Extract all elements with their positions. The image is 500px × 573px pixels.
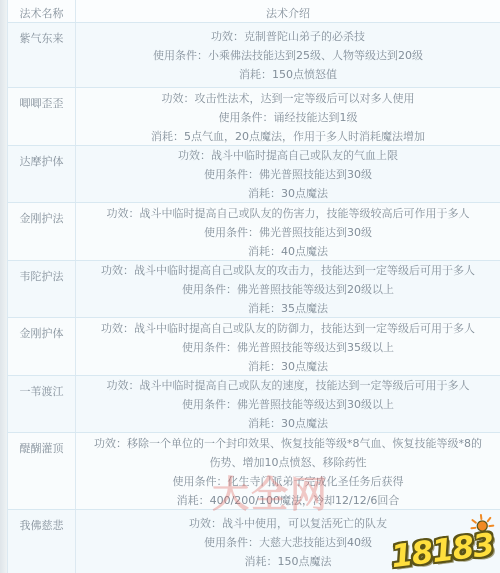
header-skill-desc: 法术介绍 — [76, 0, 500, 22]
desc-line: 功效：移除一个单位的一个封印效果、恢复技能等级*8气血、恢复技能等级*8的伤势、… — [90, 434, 486, 472]
sun-icon — [468, 510, 497, 541]
table-body: 紫气东来 功效：克制普陀山弟子的必杀技使用条件：小乘佛法技能达到25级、人物等级… — [8, 23, 500, 573]
desc-line: 消耗：40点魔法 — [90, 242, 486, 261]
skill-desc: 功效：战斗中临时提高自己或队友的气血上限使用条件：佛光普照技能达到30级消耗：3… — [76, 146, 500, 202]
desc-line: 消耗：30点魔法 — [90, 357, 486, 376]
table-row: 唧唧歪歪 功效：攻击性法术，达到一定等级后可以对多人使用使用条件：诵经技能达到1… — [8, 88, 500, 146]
desc-line: 功效：战斗中使用，可以复活死亡的队友 — [90, 514, 486, 533]
table-row: 一苇渡江 功效：战斗中临时提高自己或队友的速度，技能达到一定等级后可用于多人使用… — [8, 376, 500, 433]
skill-desc: 功效：战斗中临时提高自己或队友的伤害力，技能等级较高后可作用于多人使用条件：佛光… — [76, 203, 500, 260]
desc-line: 使用条件：佛光普照技能达到30级 — [90, 223, 486, 242]
skill-name: 唧唧歪歪 — [8, 88, 76, 145]
header-skill-name: 法术名称 — [8, 0, 76, 22]
skill-name: 我佛慈悲 — [8, 510, 76, 573]
desc-line: 功效：战斗中临时提高自己或队友的气血上限 — [90, 146, 486, 165]
skill-name: 韦陀护法 — [8, 261, 76, 317]
skill-name: 紫气东来 — [8, 23, 76, 87]
table-header-row: 法术名称 法术介绍 — [8, 0, 500, 23]
desc-line: 功效：战斗中临时提高自己或队友的防御力，技能达到一定等级后可用于多人 — [90, 319, 486, 338]
skill-name: 一苇渡江 — [8, 376, 76, 432]
desc-line: 消耗：400/200/100魔法，冷却12/12/6回合 — [90, 491, 486, 510]
skill-desc: 功效：攻击性法术，达到一定等级后可以对多人使用使用条件：诵经技能达到1级消耗：5… — [76, 88, 500, 145]
desc-line: 使用条件：佛光普照技能达到30级 — [90, 165, 486, 184]
skill-desc: 功效：克制普陀山弟子的必杀技使用条件：小乘佛法技能达到25级、人物等级达到20级… — [76, 23, 500, 87]
desc-line: 使用条件：佛光普照技能等级达到30级以上 — [90, 395, 486, 414]
desc-line: 功效：战斗中临时提高自己或队友的伤害力，技能等级较高后可作用于多人 — [90, 204, 486, 223]
desc-line: 使用条件：佛光普照技能等级达到35级以上 — [90, 338, 486, 357]
skill-name: 金刚护体 — [8, 318, 76, 375]
desc-line: 功效：攻击性法术，达到一定等级后可以对多人使用 — [90, 89, 486, 108]
desc-line: 消耗：30点魔法 — [90, 414, 486, 433]
desc-line: 消耗：30点魔法 — [90, 184, 486, 203]
desc-line: 功效：战斗中临时提高自己或队友的攻击力，技能达到一定等级后可用于多人 — [90, 261, 486, 280]
table-row: 紫气东来 功效：克制普陀山弟子的必杀技使用条件：小乘佛法技能达到25级、人物等级… — [8, 23, 500, 88]
table-row: 醍醐灌顶 功效：移除一个单位的一个封印效果、恢复技能等级*8气血、恢复技能等级*… — [8, 433, 500, 510]
desc-line: 使用条件：小乘佛法技能达到25级、人物等级达到20级 — [90, 46, 486, 65]
skill-table: 法术名称 法术介绍 紫气东来 功效：克制普陀山弟子的必杀技使用条件：小乘佛法技能… — [7, 0, 500, 573]
desc-line: 使用条件：佛光普照技能等级达到20级以上 — [90, 280, 486, 299]
page-left-margin — [0, 0, 7, 573]
desc-line: 功效：克制普陀山弟子的必杀技 — [90, 27, 486, 46]
desc-line: 使用条件：诵经技能达到1级 — [90, 108, 486, 127]
desc-line: 消耗：35点魔法 — [90, 299, 486, 318]
skill-name: 醍醐灌顶 — [8, 433, 76, 509]
table-row: 金刚护法 功效：战斗中临时提高自己或队友的伤害力，技能等级较高后可作用于多人使用… — [8, 203, 500, 261]
skill-name: 金刚护法 — [8, 203, 76, 260]
table-row: 韦陀护法 功效：战斗中临时提高自己或队友的攻击力，技能达到一定等级后可用于多人使… — [8, 261, 500, 318]
skill-desc: 功效：战斗中临时提高自己或队友的速度，技能达到一定等级后可用于多人使用条件：佛光… — [76, 376, 500, 432]
skill-name: 达摩护体 — [8, 146, 76, 202]
table-row: 达摩护体 功效：战斗中临时提高自己或队友的气血上限使用条件：佛光普照技能达到30… — [8, 146, 500, 203]
skill-desc: 功效：移除一个单位的一个封印效果、恢复技能等级*8气血、恢复技能等级*8的伤势、… — [76, 433, 500, 509]
table-row: 金刚护体 功效：战斗中临时提高自己或队友的防御力，技能达到一定等级后可用于多人使… — [8, 318, 500, 376]
skill-desc: 功效：战斗中临时提高自己或队友的防御力，技能达到一定等级后可用于多人使用条件：佛… — [76, 318, 500, 375]
skill-desc: 功效：战斗中临时提高自己或队友的攻击力，技能达到一定等级后可用于多人使用条件：佛… — [76, 261, 500, 317]
desc-line: 消耗：150点愤怒值 — [90, 65, 486, 84]
desc-line: 消耗：5点气血，20点魔法，作用于多人时消耗魔法增加 — [90, 127, 486, 146]
desc-line: 功效：战斗中临时提高自己或队友的速度，技能达到一定等级后可用于多人 — [90, 376, 486, 395]
desc-line: 使用条件：化生寺门派弟子完成化圣任务后获得 — [90, 472, 486, 491]
